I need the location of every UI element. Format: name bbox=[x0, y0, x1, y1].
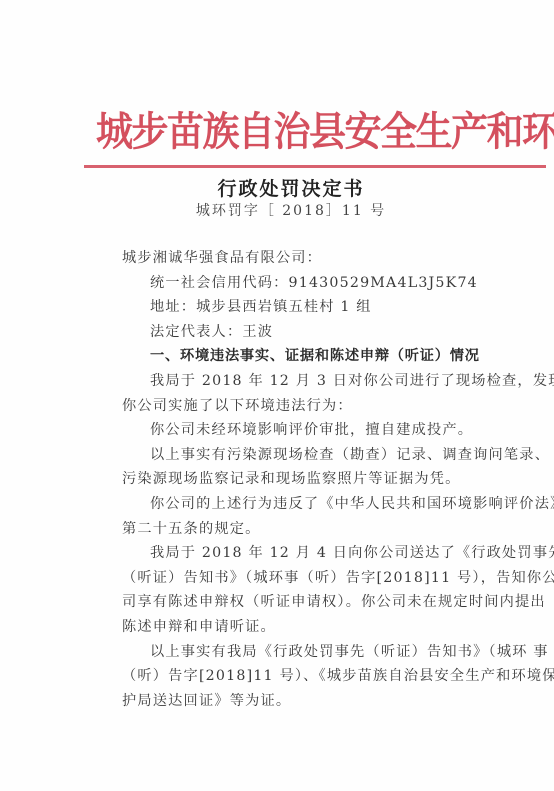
paragraph-line: 你公司实施了以下环境违法行为： bbox=[122, 394, 534, 419]
paragraph-line: 我局于 2018 年 12 月 3 日对你公司进行了现场检查，发现 bbox=[122, 369, 534, 394]
paragraph-line: 第二十五条的规定。 bbox=[122, 517, 534, 542]
section-heading: 一、环境违法事实、证据和陈述申辩（听证）情况 bbox=[122, 344, 534, 369]
paragraph-line: 你公司的上述行为违反了《中华人民共和国环境影响评价法》 bbox=[122, 492, 534, 517]
recipient-credit-code: 统一社会信用代码：91430529MA4L3J5K74 bbox=[122, 271, 534, 296]
paragraph-line: 你公司未经环境影响评价审批，擅自建成投产。 bbox=[122, 418, 534, 443]
paragraph-line: 我局于 2018 年 12 月 4 日向你公司送达了《行政处罚事先 bbox=[122, 541, 534, 566]
recipient-address: 地址：城步县西岩镇五桂村 1 组 bbox=[122, 295, 534, 320]
recipient-company: 城步湘诚华强食品有限公司： bbox=[122, 246, 534, 271]
document-page: 城步苗族自治县安全生产和环境保护局 行政处罚决定书 城环罚字［ 2018］11 … bbox=[0, 0, 554, 791]
agency-letterhead: 城步苗族自治县安全生产和环境保护局 bbox=[96, 104, 546, 158]
paragraph-line: 以上事实有污染源现场检查（勘查）记录、调查询问笔录、 bbox=[122, 443, 534, 468]
paragraph-line: 司享有陈述申辩权（听证申请权）。你公司未在规定时间内提出 bbox=[122, 590, 534, 615]
recipient-legal-rep: 法定代表人：王波 bbox=[122, 320, 534, 345]
letterhead-red-rule bbox=[84, 165, 546, 168]
document-title: 行政处罚决定书 bbox=[0, 174, 554, 201]
document-body: 城步湘诚华强食品有限公司： 统一社会信用代码：91430529MA4L3J5K7… bbox=[122, 246, 534, 713]
paragraph-line: 以上事实有我局《行政处罚事先（听证）告知书》（城环 事 bbox=[122, 640, 534, 665]
paragraph-line: 陈述申辩和申请听证。 bbox=[122, 615, 534, 640]
paragraph-line: （听证）告知书》（城环事（听）告字[2018]11 号），告知你公 bbox=[122, 566, 534, 591]
paragraph-line: 污染源现场监察记录和现场监察照片等证据为凭。 bbox=[122, 467, 534, 492]
paragraph-line: 护局送达回证》等为证。 bbox=[122, 689, 534, 714]
paragraph-line: （听）告字[2018]11 号）、《城步苗族自治县安全生产和环境保 bbox=[122, 664, 534, 689]
document-number: 城环罚字［ 2018］11 号 bbox=[0, 200, 554, 220]
